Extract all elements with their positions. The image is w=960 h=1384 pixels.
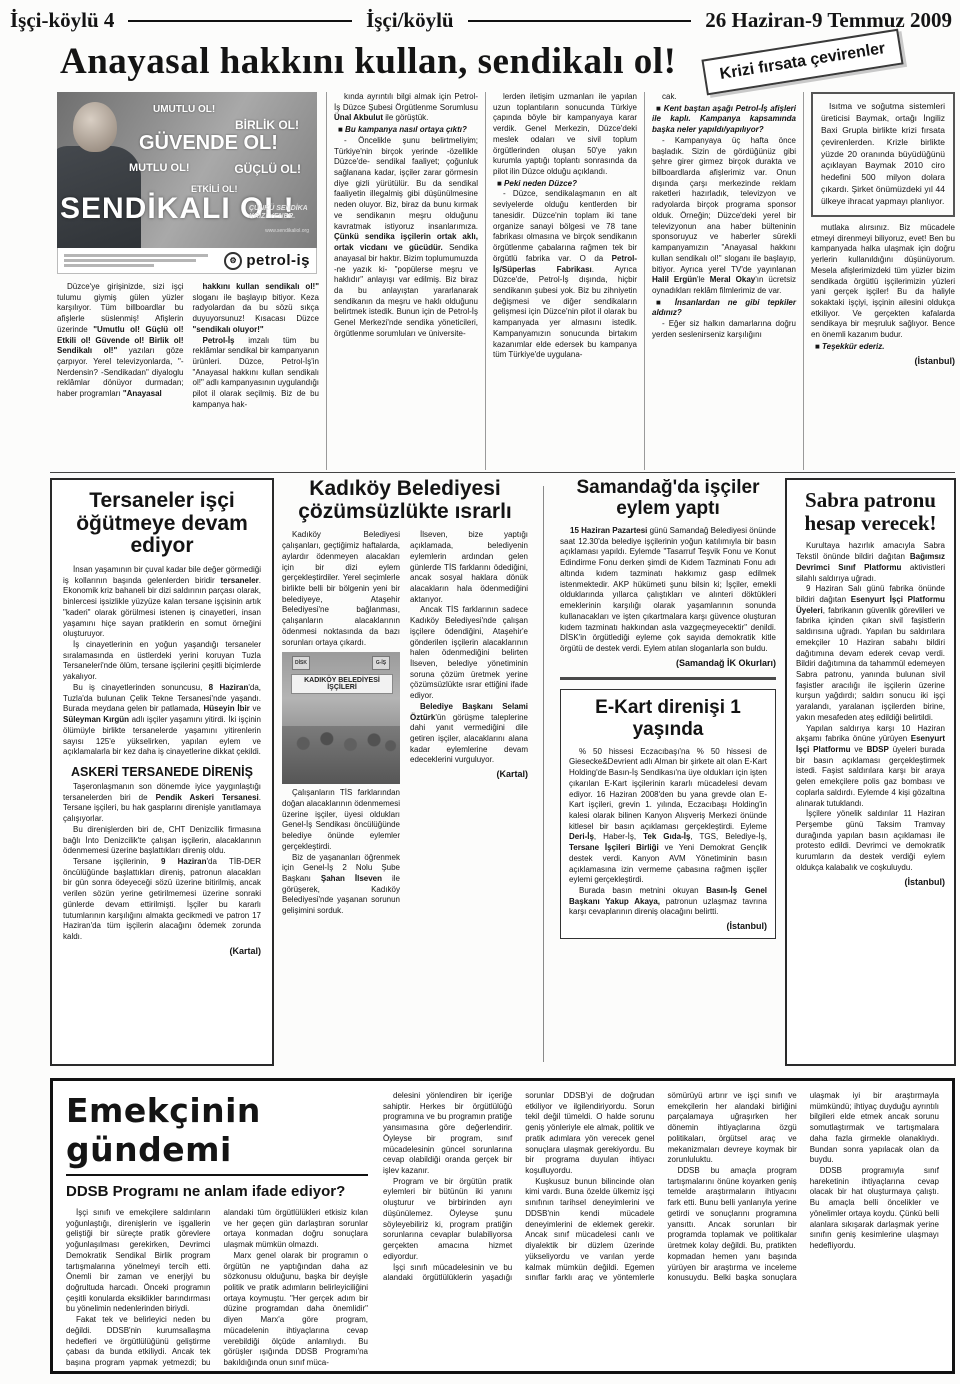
union-logo-icon: ⚙: [224, 252, 242, 270]
paragraph: İnsan yaşamının bir çuval kadar bile değ…: [63, 565, 261, 640]
lead-col3: lerden iletişim uzmanları ile yapılan uz…: [493, 92, 637, 470]
article-text: 15 Haziran Pazartesi günü Samandağ Beled…: [560, 526, 776, 655]
paragraph: 9 Haziran Salı günü fabrika önünde bildi…: [796, 584, 945, 723]
paragraph: Petrol-İş imzalı tüm bu reklâmlar sendik…: [193, 336, 320, 411]
lead-col2: kında ayrıntılı bilgi almak için Petrol-…: [334, 92, 478, 470]
lead-signature: (İstanbul): [811, 356, 955, 366]
lead-col5: Isıtma ve soğutma sistemleri üreticisi B…: [811, 92, 955, 470]
paragraph: Tersane işçilerinin, 9 Haziran'da TİB-DE…: [63, 857, 261, 943]
paragraph: kında ayrıntılı bilgi almak için Petrol-…: [334, 92, 478, 124]
article-signature: (İstanbul): [569, 921, 767, 931]
kicker-sticker: Krizi fırsata çevirenler: [701, 29, 903, 96]
masthead-title: İşçi/köylü: [366, 8, 454, 33]
poster-slogan: GÜVENDE OL!: [139, 132, 278, 155]
article-signature: (Samandağ İK Okurları): [560, 658, 776, 668]
article-signature: (İstanbul): [796, 877, 945, 887]
lead-col4: cak.■ Kent baştan aşağı Petrol-İş afişle…: [652, 92, 796, 470]
column-rule: [543, 486, 544, 1062]
paragraph: ■ Teşekkür ederiz.: [811, 342, 955, 353]
masthead-date: 26 Haziran-9 Temmuz 2009: [705, 8, 952, 33]
paragraph: - Kampanyaya üç hafta önce başladık. Siz…: [652, 136, 796, 297]
paragraph: delesini yönlendiren bir içeriğe sahipti…: [383, 1091, 512, 1177]
article-text: % 50 hissesi Eczacıbaşı'na % 50 hissesi …: [569, 747, 767, 919]
lead-article: UMUTLU OL! BİRLİK OL! GÜVENDE OL! MUTLU …: [57, 92, 955, 470]
article-signature: (Kartal): [410, 769, 528, 779]
masthead-left: İşçi-köylü 4: [10, 8, 114, 33]
article-text: Kurultaya hazırlık amacıyla Sabra Teksti…: [796, 541, 945, 873]
disk-flag: DİSK: [292, 656, 310, 670]
article-ekart: E-Kart direnişi 1 yaşında % 50 hissesi E…: [560, 689, 776, 940]
article-title: E-Kart direnişi 1 yaşında: [569, 697, 767, 741]
protest-photo: DİSK G-İŞ KADIKÖY BELEDİYESİ İŞÇİLERİ: [282, 652, 400, 784]
paragraph: Bu iş cinayetlerinden sonuncusu, 8 Hazir…: [63, 683, 261, 758]
paragraph: - Öncelikle şunu belirtmeliyim; Türkiye'…: [334, 136, 478, 340]
crowd-figure: [282, 726, 400, 784]
paragraph: DDSB programıyla sınıf hareketinin ihtiy…: [810, 1166, 939, 1252]
masthead: İşçi-köylü 4 İşçi/köylü 26 Haziran-9 Tem…: [10, 8, 952, 33]
fine-print-lines: [64, 252, 214, 269]
paragraph: Yapılan saldırıya karşı 10 Haziran akşam…: [796, 724, 945, 810]
poster-footer: ⚙ petrol-iş: [57, 248, 317, 274]
lead-headline: Anayasal hakkını kullan, sendikalı ol!: [60, 40, 676, 83]
paragraph: İlseven, bize yaptığı açıklamada, beledi…: [410, 530, 528, 605]
paragraph: İşçi sınıfı ve emekçilere saldırıların y…: [66, 1208, 211, 1315]
lead-col1a: Düzce'ye girişinizde, sizi işçi tulumu g…: [57, 282, 184, 411]
section-divider: [560, 677, 776, 680]
article-text: Kadıköy Belediyesi çalışanları, geçtiğim…: [282, 530, 400, 648]
lead-col5-text: mutlaka alırsınız. Biz mücadele etmeyi d…: [811, 223, 955, 353]
poster-slogan: UMUTLU OL!: [153, 104, 215, 115]
paragraph: ■ Bu kampanya nasıl ortaya çıktı?: [334, 125, 478, 136]
article-text: İnsan yaşamının bir çuval kadar bile değ…: [63, 565, 261, 758]
poster-slogan: MUTLU OL!: [129, 162, 189, 174]
article-sabra: Sabra patronu hesap verecek! Kurultaya h…: [785, 478, 956, 1066]
infobox-text: Isıtma ve soğutma sistemleri üreticisi B…: [821, 101, 945, 208]
article-text: Çalışanların TİS farklarından doğan alac…: [282, 788, 400, 917]
column-rule: [803, 92, 804, 470]
article-kadikoy: Kadıköy Belediyesi çözümsüzlükte ısrarlı…: [282, 478, 528, 1066]
article-subhead: ASKERİ TERSANEDE DİRENİŞ: [63, 765, 261, 779]
paragraph: - Eğer siz halkın damarlarına doğru yerd…: [652, 319, 796, 340]
lead-first-column: UMUTLU OL! BİRLİK OL! GÜVENDE OL! MUTLU …: [57, 92, 319, 470]
paragraph: Kadıköy Belediyesi çalışanları, geçtiğim…: [282, 530, 400, 648]
paragraph: Program ve bir örgütün pratik eylemleri …: [383, 1177, 512, 1263]
paragraph: Bu direnişlerden biri de, CHT Denizcilik…: [63, 825, 261, 857]
paragraph: Taşeronlaşmanın son dönemde iyice yaygın…: [63, 782, 261, 825]
paragraph: ■ Peki neden Düzce?: [493, 179, 637, 190]
paragraph: Burada basın metnini okuyan Basın-İş Gen…: [569, 886, 767, 918]
opinion-box: Emekçinin gündemi DDSB Programı ne anlam…: [50, 1078, 955, 1374]
article-samandag: Samandağ'da işçiler eylem yaptı 15 Hazir…: [560, 478, 776, 1066]
masthead-rule: [128, 20, 352, 22]
section-divider: [50, 472, 955, 473]
paragraph: Ancak TİS farklarının sadece Kadıköy Bel…: [410, 605, 528, 701]
article-title: Sabra patronu hesap verecek!: [796, 489, 945, 534]
column-rule: [485, 92, 486, 470]
column-rule: [326, 92, 327, 470]
campaign-poster-image: UMUTLU OL! BİRLİK OL! GÜVENDE OL! MUTLU …: [57, 92, 317, 248]
article-title: Kadıköy Belediyesi çözümsüzlükte ısrarlı: [282, 478, 528, 523]
paragraph: 15 Haziran Pazartesi günü Samandağ Beled…: [560, 526, 776, 655]
poster-tagline: ÇÜNKÜ SENDİKA KRİZİ YENER.: [249, 205, 311, 223]
paragraph: % 50 hissesi Eczacıbaşı'na % 50 hissesi …: [569, 747, 767, 886]
petrol-is-logo: ⚙ petrol-iş: [224, 252, 310, 270]
paragraph: lerden iletişim uzmanları ile yapılan uz…: [493, 92, 637, 178]
paragraph: İşçilere yönelik saldırılar 11 Haziran P…: [796, 809, 945, 873]
opinion-text-right: delesini yönlendiren bir içeriğe sahipti…: [383, 1091, 939, 1361]
paragraph: ■ İnsanlardan ne gibi tepkiler aldınız?: [652, 298, 796, 319]
paragraph: Biz de yaşananları öğrenmek için Genel-İ…: [282, 853, 400, 917]
paragraph: İş cinayetlerinin en yoğun yaşandığı ter…: [63, 640, 261, 683]
paragraph: cak.: [652, 92, 796, 103]
paragraph: hakkını kullan sendikalı ol!" sloganı il…: [193, 282, 320, 336]
poster-slogan: GÜÇLÜ OL!: [234, 162, 301, 176]
column-rule: [644, 92, 645, 470]
masthead-rule: [468, 20, 692, 22]
article-text: Taşeronlaşmanın son dönemde iyice yaygın…: [63, 782, 261, 943]
paragraph: mutlaka alırsınız. Biz mücadele etmeyi d…: [811, 223, 955, 341]
article-tersaneler: Tersaneler işçi öğütmeye devam ediyor İn…: [50, 478, 274, 1066]
paragraph: - Düzce, sendikalaşmanın en alt seviyele…: [493, 189, 637, 361]
article-text: İlseven, bize yaptığı açıklamada, beledi…: [410, 530, 528, 766]
paragraph: Marx genel olarak bir programın o örgütü…: [224, 1251, 369, 1369]
paragraph: Düzce'ye girişinizde, sizi işçi tulumu g…: [57, 282, 184, 400]
paragraph: Çalışanların TİS farklarından doğan alac…: [282, 788, 400, 852]
genel-is-flag: G-İŞ: [372, 656, 390, 670]
article-title: Samandağ'da işçiler eylem yaptı: [560, 478, 776, 519]
baymak-infobox: Isıtma ve soğutma sistemleri üreticisi B…: [811, 92, 955, 217]
photo-banner-text: KADIKÖY BELEDİYESİ İŞÇİLERİ: [291, 674, 392, 694]
kicker-rule: [66, 1174, 368, 1176]
newspaper-page: İşçi-köylü 4 İşçi/köylü 26 Haziran-9 Tem…: [0, 0, 960, 1384]
opinion-text-left: İşçi sınıfı ve emekçilere saldırıların y…: [66, 1208, 368, 1369]
opinion-kicker: Emekçinin gündemi: [66, 1091, 368, 1169]
poster-slogan: BİRLİK OL!: [235, 118, 299, 132]
article-signature: (Kartal): [63, 946, 261, 956]
paragraph: ■ Kent baştan aşağı Petrol-İş afişleri i…: [652, 104, 796, 136]
article-title: Tersaneler işçi öğütmeye devam ediyor: [63, 490, 261, 558]
lead-col1b: hakkını kullan sendikalı ol!" sloganı il…: [193, 282, 320, 411]
paragraph: Belediye Başkanı Selami Öztürk'ün görüşm…: [410, 702, 528, 766]
opinion-headline: DDSB Programı ne anlam ifade ediyor?: [66, 1183, 368, 1200]
paragraph: Kurultaya hazırlık amacıyla Sabra Teksti…: [796, 541, 945, 584]
poster-url: www.sendikaliol.org: [265, 228, 309, 234]
